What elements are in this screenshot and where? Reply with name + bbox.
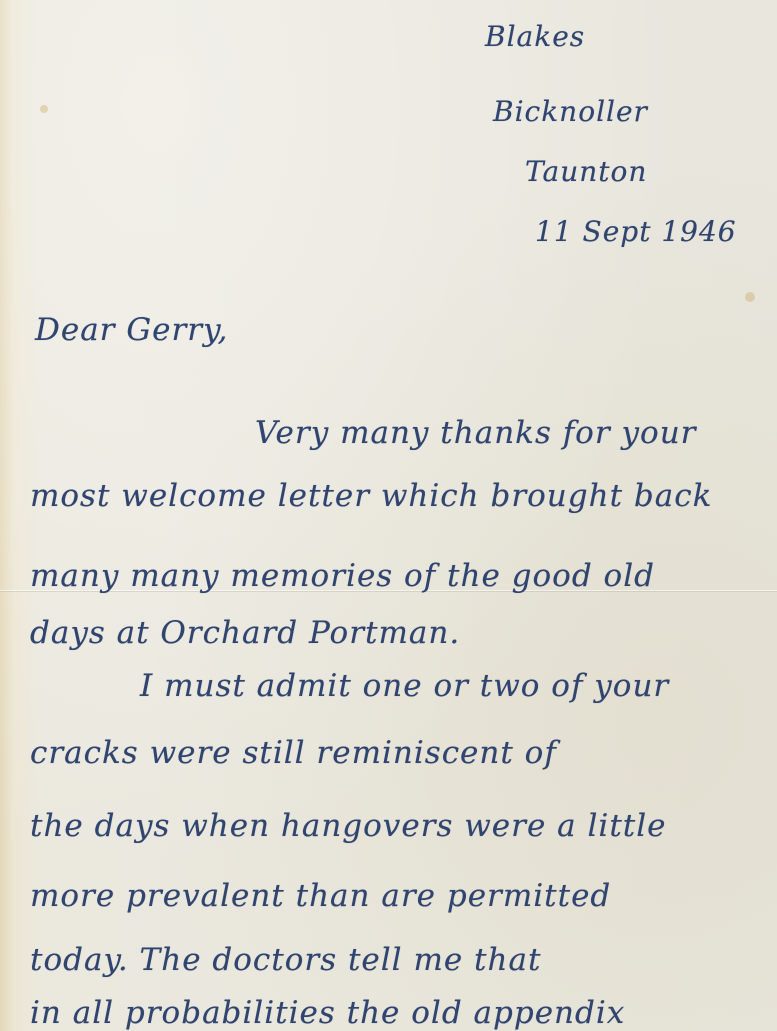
body-line: today. The doctors tell me that <box>30 942 541 978</box>
body-line: more prevalent than are permitted <box>30 878 611 914</box>
letter-date: 11 Sept 1946 <box>535 215 737 248</box>
body-line: cracks were still reminiscent of <box>30 735 557 771</box>
address-house: Blakes <box>485 20 585 53</box>
body-line: many many memories of the good old <box>30 558 655 594</box>
foxing-spot <box>40 105 48 113</box>
foxing-spot <box>745 292 755 302</box>
body-line: I must admit one or two of your <box>140 668 669 704</box>
body-line: most welcome letter which brought back <box>30 478 712 514</box>
address-town: Taunton <box>525 155 647 188</box>
body-line: in all probabilities the old appendix <box>30 995 625 1031</box>
salutation: Dear Gerry, <box>35 312 228 348</box>
address-village: Bicknoller <box>493 95 648 128</box>
body-line: days at Orchard Portman. <box>30 615 460 651</box>
body-line: the days when hangovers were a little <box>30 808 667 844</box>
letter-page: Blakes Bicknoller Taunton 11 Sept 1946 D… <box>0 0 777 1031</box>
body-line: Very many thanks for your <box>255 415 696 451</box>
